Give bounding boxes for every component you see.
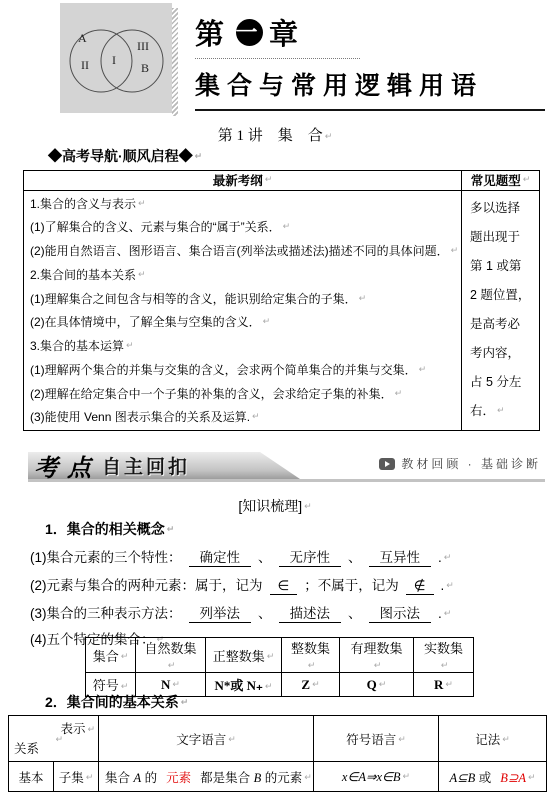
answer-blank: 列举法 — [189, 606, 252, 623]
return-mark: ↵ — [312, 680, 320, 690]
return-mark: ↵ — [528, 773, 536, 783]
header-symbol-language: 符号语言↵ — [314, 716, 439, 762]
return-mark: ↵ — [398, 735, 406, 745]
types-line: 考内容， — [470, 339, 530, 368]
section-banner: 考点 自主回扣 — [28, 452, 300, 479]
cell-symbol-nstar: N*或 N₊↵ — [206, 673, 282, 697]
answer-blank: 描述法 — [279, 606, 342, 623]
return-mark: ↵ — [444, 609, 452, 619]
outline-line: 2.集合间的基本关系↵ — [30, 264, 459, 288]
header-latest-outline: 最新考纲↵ — [24, 171, 461, 190]
cell-symbol-z: Z↵ — [282, 673, 340, 697]
return-mark: ↵ — [304, 773, 312, 783]
return-mark: ↵ — [325, 132, 333, 142]
red-answer: 元素 — [166, 771, 191, 785]
return-mark: ↵ — [444, 553, 452, 563]
outline-line: 1.集合的含义与表示↵ — [30, 193, 459, 217]
return-mark: ↵ — [265, 175, 273, 185]
return-mark: ↵ — [267, 652, 275, 662]
answer-blank: 无序性 — [279, 550, 342, 567]
return-mark: ↵ — [167, 525, 175, 535]
return-mark: ↵ — [252, 412, 260, 422]
venn-diagram-box: A II I III B — [60, 3, 172, 113]
point-3: (3)集合的三种表示方法：列举法、描述法、图示法.↵ — [30, 602, 451, 623]
point-2: (2)元素与集合的两种元素：属于，记为∈；不属于，记为∉.↵ — [30, 574, 454, 595]
venn-label-iii: III — [137, 39, 149, 54]
answer-blank: 确定性 — [189, 550, 252, 567]
return-mark: ↵ — [445, 680, 453, 690]
cell-basic: 基本 — [9, 762, 54, 792]
outline-line: (2)在具体情境中，了解全集与空集的含义．↵ — [30, 311, 459, 335]
return-mark: ↵ — [283, 222, 291, 232]
return-mark: ↵ — [497, 406, 505, 416]
types-line: 右．↵ — [470, 397, 530, 426]
exam-outline-table: 最新考纲↵ 常见题型↵ 1.集合的含义与表示↵ (1)了解集合的含义、元素与集合… — [23, 170, 540, 431]
outline-line: (2)理解在给定集合中一个子集的补集的含义，会求给定子集的补集．↵ — [30, 383, 459, 407]
return-mark: ↵ — [87, 725, 95, 735]
cell-integer: 整数集↵ — [282, 638, 340, 673]
cell-set-label: 集合↵ — [86, 638, 136, 673]
return-mark: ↵ — [441, 661, 449, 671]
outline-line: (3)能使用 Venn 图表示集合的关系及运算.↵ — [30, 406, 459, 430]
chapter-number: 一 — [236, 22, 264, 44]
corner-bottom-label: 关系 — [14, 739, 39, 757]
cell-symbol-language: x∈A⇒x∈B↵ — [314, 762, 439, 792]
types-line: 第 1 或第 — [470, 252, 530, 281]
return-mark: ↵ — [195, 152, 203, 162]
cell-symbol-q: Q↵ — [340, 673, 414, 697]
venn-label-a: A — [78, 31, 87, 46]
return-mark: ↵ — [138, 270, 146, 280]
special-sets-table: 集合↵ 自然数集↵ 正整数集↵ 整数集↵ 有理数集↵ 实数集↵ 符号↵ N↵ N… — [85, 637, 474, 697]
cell-notation: A⊆B 或B⊇A↵ — [439, 762, 547, 792]
red-answer: B⊇A — [500, 771, 526, 785]
exam-table-header: 最新考纲↵ 常见题型↵ — [24, 171, 539, 191]
outline-line: (1)理解两个集合的并集与交集的含义，会求两个简单集合的并集与交集．↵ — [30, 359, 459, 383]
answer-blank: ∈ — [270, 578, 298, 595]
return-mark: ↵ — [263, 317, 271, 327]
point-1: (1)集合元素的三个特性：确定性、无序性、互异性.↵ — [30, 546, 451, 567]
types-line: 2 题位置， — [470, 281, 530, 310]
return-mark: ↵ — [304, 502, 312, 512]
knowledge-heading: [知识梳理]↵ — [0, 496, 550, 516]
return-mark: ↵ — [168, 661, 176, 671]
return-mark: ↵ — [395, 389, 403, 399]
item1-title: 1．集合的相关概念↵ — [45, 519, 174, 539]
sets-table-row1: 集合↵ 自然数集↵ 正整数集↵ 整数集↵ 有理数集↵ 实数集↵ — [86, 638, 474, 673]
return-mark: ↵ — [126, 341, 134, 351]
hatch-shadow — [172, 8, 178, 116]
return-mark: ↵ — [138, 199, 146, 209]
return-mark: ↵ — [181, 698, 189, 708]
item2-title: 2．集合间的基本关系↵ — [45, 692, 188, 712]
relation-table: 表示↵ ↵ 关系 文字语言↵ 符号语言↵ 记法↵ 基本 子集↵ 集合 A 的元素… — [8, 715, 547, 792]
cell-text-language: 集合 A 的元素都是集合 B 的元素↵ — [99, 762, 314, 792]
banner-right-label: 教材回顾 · 基础诊断 — [379, 455, 541, 472]
relation-table-header: 表示↵ ↵ 关系 文字语言↵ 符号语言↵ 记法↵ — [9, 716, 547, 762]
types-line: 多以选择 — [470, 194, 530, 223]
cell-positive-int: 正整数集↵ — [206, 638, 282, 673]
outline-line: (2)能用自然语言、图形语言、集合语言(列举法或描述法)描述不同的具体问题．↵ — [30, 240, 459, 264]
corner-top-label: 表示↵ — [60, 719, 95, 737]
return-mark: ↵ — [86, 773, 94, 783]
chapter-number-line: 第 一 章 — [195, 12, 545, 53]
return-mark: ↵ — [121, 682, 129, 692]
return-mark: ↵ — [56, 735, 64, 745]
exam-table-body: 1.集合的含义与表示↵ (1)了解集合的含义、元素与集合的“属于”关系．↵ (2… — [24, 191, 539, 430]
chapter-number-disc: 一 — [236, 19, 263, 46]
cell-natural: 自然数集↵ — [136, 638, 206, 673]
answer-blank: 互异性 — [369, 550, 432, 567]
answer-blank: ∉ — [406, 578, 434, 595]
return-mark: ↵ — [359, 294, 367, 304]
relation-table-row: 基本 子集↵ 集合 A 的元素都是集合 B 的元素↵ x∈A⇒x∈B↵ A⊆B … — [9, 762, 547, 792]
types-line: 题出现于 — [470, 223, 530, 252]
cell-subset: 子集↵ — [54, 762, 99, 792]
return-mark: ↵ — [374, 661, 382, 671]
return-mark: ↵ — [265, 682, 273, 692]
return-mark: ↵ — [228, 735, 236, 745]
textbook-page: A II I III B 第 一 章 集合与常用逻辑用语 第 1 讲 集 合↵ … — [0, 0, 550, 798]
venn-label-ii: II — [81, 58, 89, 73]
return-mark: ↵ — [403, 772, 411, 782]
venn-label-b: B — [141, 61, 149, 76]
return-mark: ↵ — [121, 652, 129, 662]
outline-line: 3.集合的基本运算↵ — [30, 335, 459, 359]
header-text-language: 文字语言↵ — [99, 716, 314, 762]
return-mark: ↵ — [308, 661, 316, 671]
common-types-cell: 多以选择 题出现于 第 1 或第 2 题位置， 是高考必 考内容， 占 5 分左… — [461, 191, 539, 430]
banner-script-text: 考点 — [34, 448, 100, 483]
banner-solid-text: 自主回扣 — [102, 452, 190, 479]
venn-diagram — [60, 3, 172, 113]
dotted-divider — [195, 58, 360, 59]
outline-line: (1)理解集合之间包含与相等的含义，能识别给定集合的子集．↵ — [30, 288, 459, 312]
return-mark: ↵ — [172, 680, 180, 690]
types-line: 占 5 分左 — [470, 368, 530, 397]
cell-rational: 有理数集↵ — [340, 638, 414, 673]
title-underline — [195, 109, 545, 111]
answer-blank: 图示法 — [369, 606, 432, 623]
outline-line: (1)了解集合的含义、元素与集合的“属于”关系．↵ — [30, 216, 459, 240]
return-mark: ↵ — [379, 680, 387, 690]
nav-header: ◆高考导航·顺风启程◆↵ — [48, 146, 202, 166]
lecture-title: 第 1 讲 集 合↵ — [0, 124, 550, 145]
corner-cell: 表示↵ ↵ 关系 — [9, 716, 99, 762]
cell-real: 实数集↵ — [414, 638, 474, 673]
types-line: 是高考必 — [470, 310, 530, 339]
play-icon — [379, 458, 395, 470]
header-common-types: 常见题型↵ — [461, 171, 539, 190]
cell-symbol-r: R↵ — [414, 673, 474, 697]
chapter-title: 集合与常用逻辑用语 — [195, 66, 545, 102]
return-mark: ↵ — [419, 365, 427, 375]
chapter-suffix: 章 — [269, 12, 304, 53]
return-mark: ↵ — [446, 581, 454, 591]
return-mark: ↵ — [523, 175, 531, 185]
return-mark: ↵ — [502, 735, 510, 745]
header-notation: 记法↵ — [439, 716, 547, 762]
section-banner-row: 考点 自主回扣 教材回顾 · 基础诊断 — [28, 452, 545, 482]
chapter-prefix: 第 — [195, 12, 230, 53]
venn-label-i: I — [112, 53, 116, 68]
outline-cell: 1.集合的含义与表示↵ (1)了解集合的含义、元素与集合的“属于”关系．↵ (2… — [24, 191, 461, 430]
chapter-header: 第 一 章 集合与常用逻辑用语 — [195, 12, 545, 111]
return-mark: ↵ — [451, 246, 459, 256]
